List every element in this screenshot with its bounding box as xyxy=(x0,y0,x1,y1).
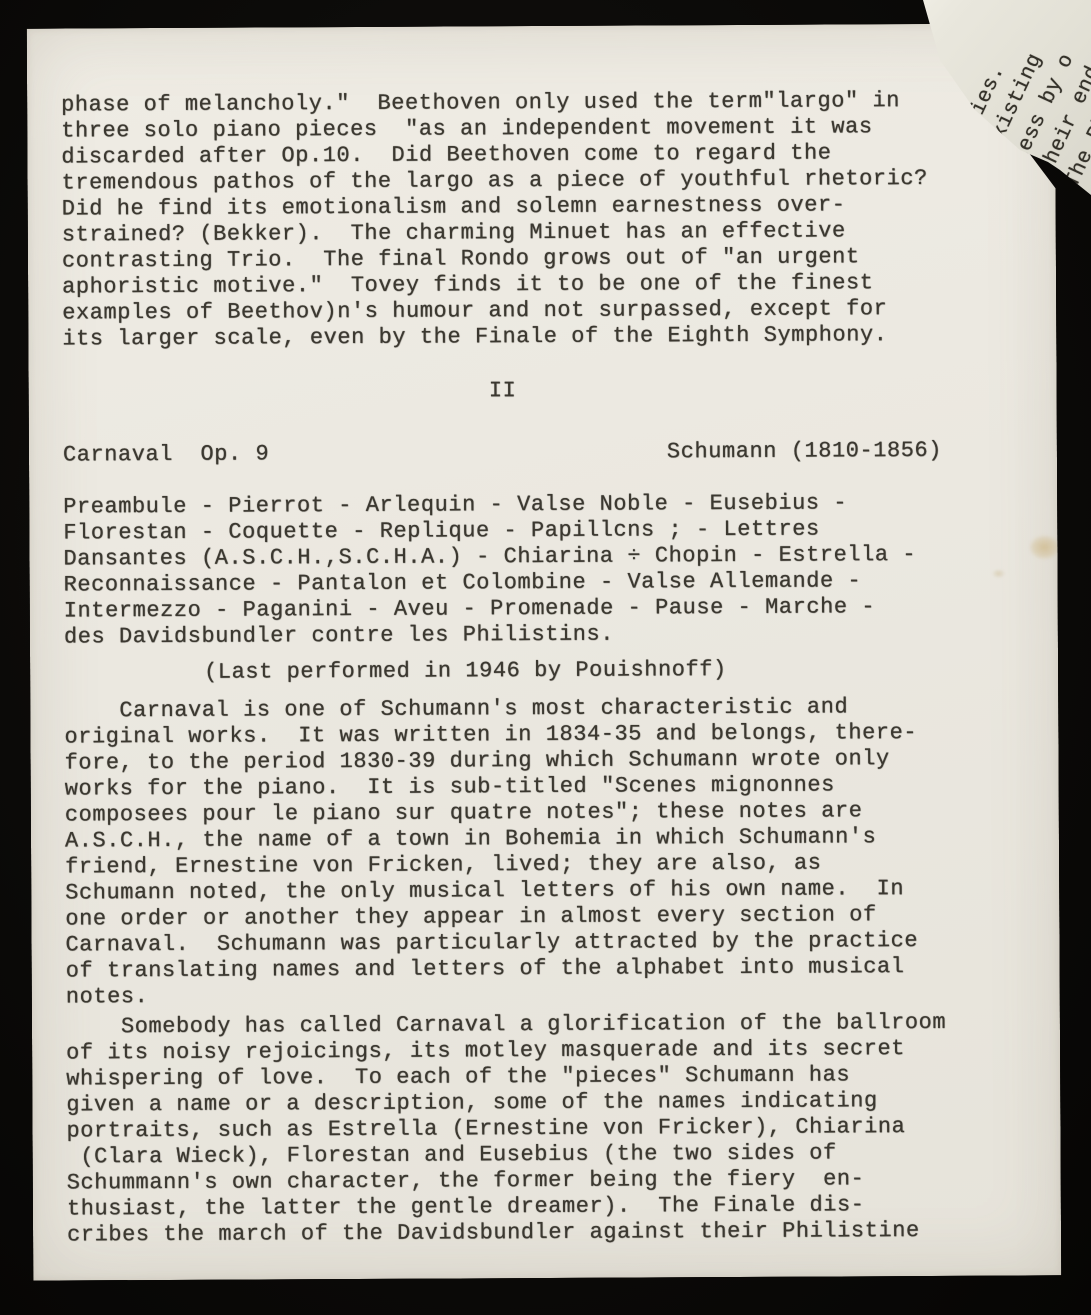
paper-stain-small xyxy=(992,569,1006,579)
page-content: phase of melancholy." Beethoven only use… xyxy=(27,23,1061,1248)
performance-note: (Last performed in 1946 by Pouishnoff) xyxy=(64,655,1058,686)
typewritten-page: phase of melancholy." Beethoven only use… xyxy=(27,23,1062,1280)
paragraph-beethoven: phase of melancholy." Beethoven only use… xyxy=(61,87,1056,352)
paragraph-somebody: Somebody has called Carnaval a glorifica… xyxy=(66,1009,1061,1248)
movement-list: Preambule - Pierrot - Arlequin - Valse N… xyxy=(63,489,1058,650)
movement-list-line: des Davidsbundler contre les Philistins. xyxy=(64,619,1058,650)
section-heading: II xyxy=(63,376,943,407)
work-title: Carnaval Op. 9 xyxy=(63,441,269,468)
typewritten-line: original works. It was written in 1834-3… xyxy=(64,719,1058,750)
movement-list-line: Dansantes (A.S.C.H.,S.C.H.A.) - Chiarina… xyxy=(63,541,1057,572)
typewritten-line: cribes the march of the Davidsbundler ag… xyxy=(67,1217,1061,1248)
typewritten-line: its larger scale, even by the Finale of … xyxy=(62,321,1056,352)
typewritten-line: Somebody has called Carnaval a glorifica… xyxy=(66,1009,1060,1040)
paragraph-carnaval: Carnaval is one of Schumann's most chara… xyxy=(64,693,1060,1010)
typewritten-line: notes. xyxy=(66,979,1060,1010)
composer-name: Schumann (1810-1856) xyxy=(667,438,942,465)
work-title-row: Carnaval Op. 9 Schumann (1810-1856) xyxy=(63,437,1057,468)
paper-stain xyxy=(1029,535,1059,559)
typewritten-line: tremendous pathos of the largo as a piec… xyxy=(61,165,1055,196)
typewritten-line: Carnaval. Schumann was particularly attr… xyxy=(65,927,1059,958)
